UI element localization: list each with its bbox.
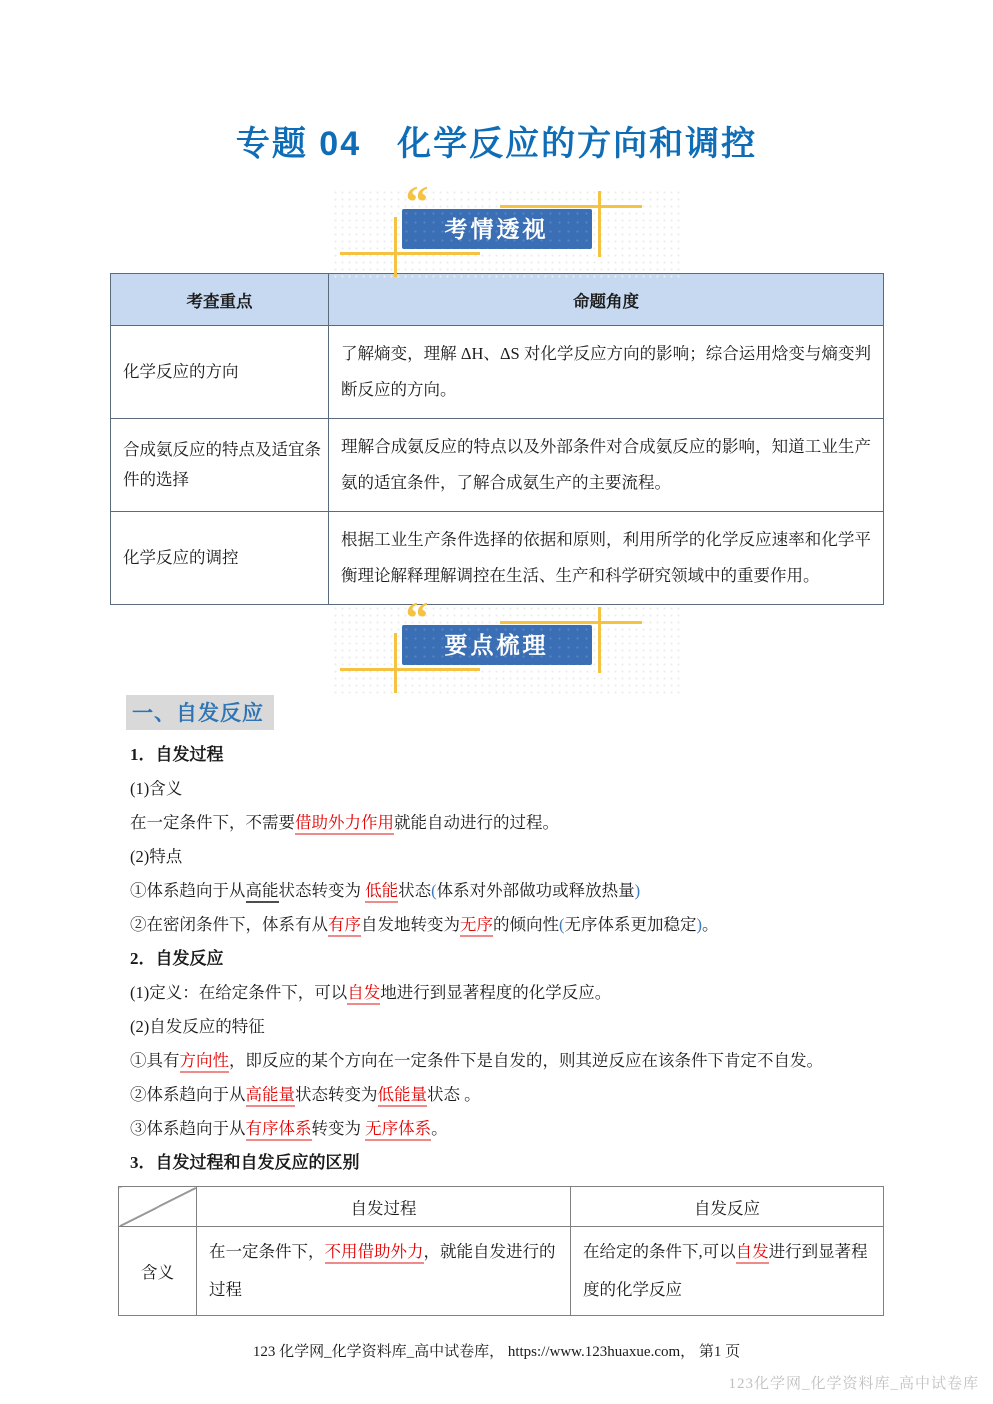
exam-focus-table: 考查重点 命题角度 化学反应的方向 了解熵变，理解 ΔH、ΔS 对化学反应方向的… xyxy=(110,273,884,605)
paragraph: (2)自发反应的特征 xyxy=(130,1010,874,1044)
banner-line-top xyxy=(500,621,642,624)
emphasis-red: 高能量 xyxy=(246,1085,296,1107)
emphasis-underline: 高能 xyxy=(246,881,279,903)
banner-line-bottom xyxy=(340,668,480,671)
paragraph: 在一定条件下，不需要借助外力作用就能自动进行的过程。 xyxy=(130,806,874,840)
watermark: 123化学网_化学资料库_高中试卷库 xyxy=(728,1372,979,1393)
column-header-focus: 考查重点 xyxy=(111,274,329,326)
angle-cell: 根据工业生产条件选择的依据和原则，利用所学的化学反应速率和化学平衡理论解释理解调… xyxy=(329,512,884,605)
paragraph: (1)定义：在给定条件下，可以自发地进行到显著程度的化学反应。 xyxy=(130,976,874,1010)
text-segment: 的倾向性 xyxy=(493,915,559,934)
banner-line-right xyxy=(598,191,601,257)
focus-cell: 化学反应的调控 xyxy=(111,512,329,605)
subheading-2: 2．自发反应 xyxy=(130,942,874,976)
text-segment: 体系对外部做功或释放热量 xyxy=(437,881,635,900)
quote-icon: “ xyxy=(406,179,429,225)
subheading-1: 1．自发过程 xyxy=(130,738,874,772)
text-segment: 在一定条件下， xyxy=(209,1242,325,1261)
column-header-reaction: 自发反应 xyxy=(571,1187,884,1227)
text-segment: 。 xyxy=(702,915,719,934)
text-segment: 无序体系更加稳定 xyxy=(565,915,697,934)
table-header-row: 自发过程 自发反应 xyxy=(119,1187,884,1227)
paragraph: ①体系趋向于从高能状态转变为 低能状态(体系对外部做功或释放热量) xyxy=(130,874,874,908)
table-row: 含义 在一定条件下，不用借助外力，就能自发进行的过程 在给定的条件下,可以自发进… xyxy=(119,1227,884,1316)
text-segment: 地进行到显著程度的化学反应。 xyxy=(380,983,611,1002)
focus-cell: 合成氨反应的特点及适宜条件的选择 xyxy=(111,419,329,512)
text-segment: 状态转变为 xyxy=(295,1085,378,1104)
banner-line-right xyxy=(598,607,601,673)
banner-line-left xyxy=(394,217,397,277)
text-segment: (1)定义：在给定条件下，可以 xyxy=(130,983,347,1002)
paragraph: (2)特点 xyxy=(130,840,874,874)
text-segment: 状态 xyxy=(398,881,431,900)
paragraph: ①具有方向性，即反应的某个方向在一定条件下是自发的，则其逆反应在该条件下肯定不自… xyxy=(130,1044,874,1078)
text-segment: ②体系趋向于从 xyxy=(130,1085,246,1104)
text-segment: ，即反应的某个方向在一定条件下是自发的，则其逆反应在该条件下肯定不自发。 xyxy=(229,1051,823,1070)
banner-line-top xyxy=(500,205,642,208)
banner-line-left xyxy=(394,633,397,693)
emphasis-red: 低能量 xyxy=(378,1085,428,1107)
paragraph: ②体系趋向于从高能量状态转变为低能量状态 。 xyxy=(130,1078,874,1112)
emphasis-red: 借助外力作用 xyxy=(295,813,394,835)
column-header-angle: 命题角度 xyxy=(329,274,884,326)
quote-icon: “ xyxy=(406,595,429,641)
row-label: 含义 xyxy=(119,1227,197,1316)
text-segment: 在给定的条件下,可以 xyxy=(583,1242,736,1261)
text-segment: 状态 。 xyxy=(427,1085,481,1104)
emphasis-red: 无序体系 xyxy=(365,1119,431,1141)
emphasis-red: 有序体系 xyxy=(246,1119,312,1141)
table-row: 合成氨反应的特点及适宜条件的选择 理解合成氨反应的特点以及外部条件对合成氨反应的… xyxy=(111,419,884,512)
column-header-process: 自发过程 xyxy=(197,1187,571,1227)
section-heading: 一、自发反应 xyxy=(126,695,274,730)
emphasis-red: 低能 xyxy=(365,881,398,903)
table-row: 化学反应的调控 根据工业生产条件选择的依据和原则，利用所学的化学反应速率和化学平… xyxy=(111,512,884,605)
page-title: 专题 04 化学反应的方向和调控 xyxy=(0,116,993,165)
text-segment: ②在密闭条件下，体系有从 xyxy=(130,915,328,934)
table-header-row: 考查重点 命题角度 xyxy=(111,274,884,326)
process-cell: 在一定条件下，不用借助外力，就能自发进行的过程 xyxy=(197,1227,571,1316)
document-page: 专题 04 化学反应的方向和调控 考情透视 “ 考查重点 命题角度 化学反应的方… xyxy=(0,0,993,1404)
angle-cell: 理解合成氨反应的特点以及外部条件对合成氨反应的影响，知道工业生产氨的适宜条件，了… xyxy=(329,419,884,512)
paren-close: ) xyxy=(635,881,641,900)
text-segment: 状态转变为 xyxy=(279,881,366,900)
table-row: 化学反应的方向 了解熵变，理解 ΔH、ΔS 对化学反应方向的影响；综合运用焓变与… xyxy=(111,326,884,419)
emphasis-red: 方向性 xyxy=(180,1051,230,1073)
text-segment: 自发地转变为 xyxy=(361,915,460,934)
text-segment: 转变为 xyxy=(312,1119,366,1138)
emphasis-red: 自发 xyxy=(736,1242,769,1264)
subheading-3: 3．自发过程和自发反应的区别 xyxy=(130,1146,874,1180)
emphasis-red: 自发 xyxy=(347,983,380,1005)
text-segment: ①具有 xyxy=(130,1051,180,1070)
paragraph: ③体系趋向于从有序体系转变为 无序体系。 xyxy=(130,1112,874,1146)
text-segment: ③体系趋向于从 xyxy=(130,1119,246,1138)
paragraph: ②在密闭条件下，体系有从有序自发地转变为无序的倾向性(无序体系更加稳定)。 xyxy=(130,908,874,942)
emphasis-red: 无序 xyxy=(460,915,493,937)
corner-diagonal-cell xyxy=(119,1187,197,1227)
banner-label: 要点梳理 xyxy=(402,625,592,665)
text-segment: 在一定条件下，不需要 xyxy=(130,813,295,832)
compare-table: 自发过程 自发反应 含义 在一定条件下，不用借助外力，就能自发进行的过程 在给定… xyxy=(118,1186,884,1316)
banner-key-points: 要点梳理 “ xyxy=(372,611,622,685)
focus-cell: 化学反应的方向 xyxy=(111,326,329,419)
text-segment: 就能自动进行的过程。 xyxy=(394,813,559,832)
section-body: 1．自发过程 (1)含义 在一定条件下，不需要借助外力作用就能自动进行的过程。 … xyxy=(130,738,874,1180)
text-segment: ①体系趋向于从 xyxy=(130,881,246,900)
section-heading-row: 一、自发反应 xyxy=(126,695,993,730)
banner-exam-insight: 考情透视 “ xyxy=(372,195,622,269)
emphasis-red: 有序 xyxy=(328,915,361,937)
emphasis-red: 不用借助外力 xyxy=(325,1242,424,1264)
text-segment: 。 xyxy=(431,1119,448,1138)
banner-label: 考情透视 xyxy=(402,209,592,249)
page-footer: 123 化学网_化学资料库_高中试卷库， https://www.123huax… xyxy=(0,1340,993,1361)
banner-line-bottom xyxy=(340,252,480,255)
reaction-cell: 在给定的条件下,可以自发进行到显著程度的化学反应 xyxy=(571,1227,884,1316)
paragraph: (1)含义 xyxy=(130,772,874,806)
angle-cell: 了解熵变，理解 ΔH、ΔS 对化学反应方向的影响；综合运用焓变与熵变判断反应的方… xyxy=(329,326,884,419)
